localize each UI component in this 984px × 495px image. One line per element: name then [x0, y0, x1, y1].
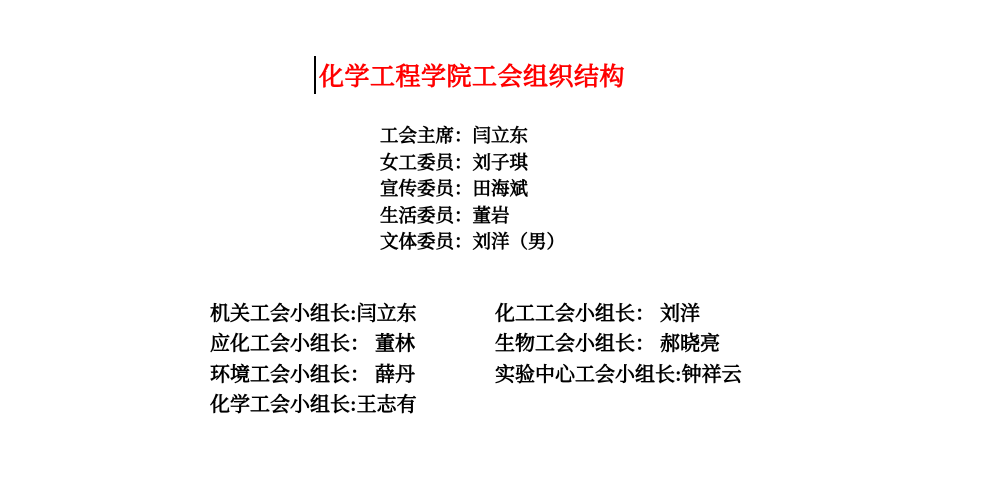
group-line-labcenter: 实验中心工会小组长:钟祥云 — [495, 360, 742, 390]
group-line-environment: 环境工会小组长： 薛丹 — [210, 360, 417, 390]
page-title: 化学工程学院工会组织结构 — [319, 57, 625, 93]
committee-list: 工会主席：闫立东 女工委员：刘子琪 宣传委员：田海斌 生活委员：董岩 文体委员：… — [380, 124, 565, 257]
group-line-biology: 生物工会小组长： 郝晓亮 — [495, 329, 742, 359]
group-leaders-left-column: 机关工会小组长:闫立东 应化工会小组长： 董林 环境工会小组长： 薛丹 化学工会… — [210, 299, 417, 421]
committee-line-culture: 文体委员：刘洋（男） — [380, 230, 565, 257]
group-line-appchem: 应化工会小组长： 董林 — [210, 329, 417, 359]
committee-line-chairman: 工会主席：闫立东 — [380, 124, 565, 151]
committee-line-life: 生活委员：董岩 — [380, 204, 565, 231]
committee-line-women: 女工委员：刘子琪 — [380, 151, 565, 178]
group-line-office: 机关工会小组长:闫立东 — [210, 299, 417, 329]
group-line-chemeng: 化工工会小组长： 刘洋 — [495, 299, 742, 329]
committee-line-publicity: 宣传委员：田海斌 — [380, 177, 565, 204]
text-cursor — [314, 56, 316, 94]
group-leaders-right-column: 化工工会小组长： 刘洋 生物工会小组长： 郝晓亮 实验中心工会小组长:钟祥云 — [495, 299, 742, 390]
title-row: 化学工程学院工会组织结构 — [314, 56, 625, 94]
group-line-chemistry: 化学工会小组长:王志有 — [210, 390, 417, 420]
document-page: 化学工程学院工会组织结构 工会主席：闫立东 女工委员：刘子琪 宣传委员：田海斌 … — [0, 0, 984, 495]
